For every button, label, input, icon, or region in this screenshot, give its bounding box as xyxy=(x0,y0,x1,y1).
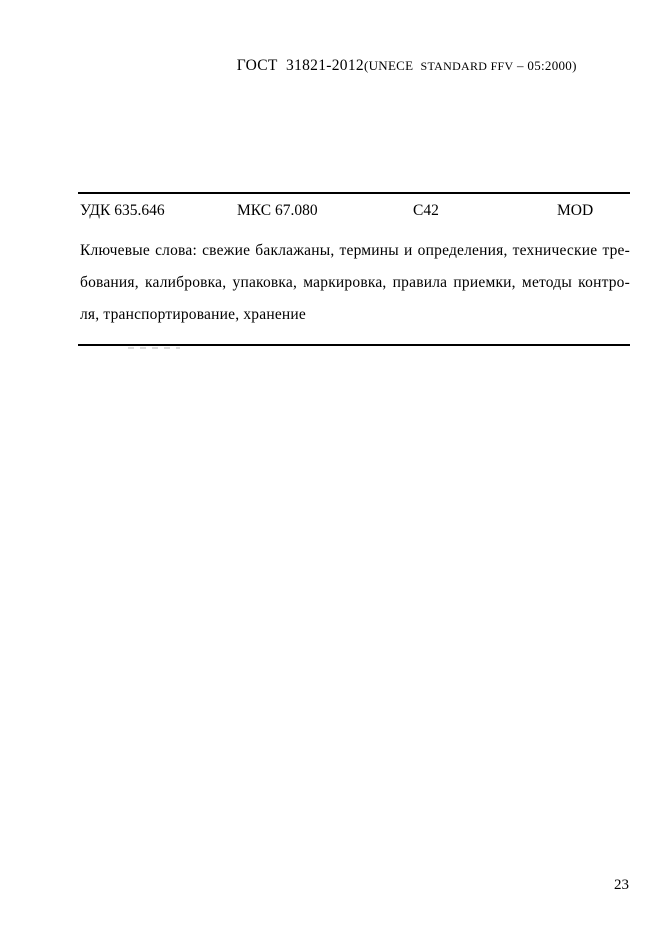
classification-row: УДК 635.646 МКС 67.080 С42 MOD xyxy=(0,202,661,222)
keywords-paragraph: Ключевые слова: свежие баклажаны, термин… xyxy=(80,235,630,331)
adoption-code: MOD xyxy=(557,202,593,220)
page-number: 23 xyxy=(614,876,629,894)
class-code: С42 xyxy=(413,202,439,220)
horizontal-rule-bottom xyxy=(78,344,630,346)
standard-code: ГОСТ 31821-2012 xyxy=(237,57,364,74)
udk-code: УДК 635.646 xyxy=(80,202,165,220)
keywords-line-1: Ключевые слова: свежие баклажаны, термин… xyxy=(80,235,630,267)
document-page: ГОСТ 31821-2012(UNECE STANDARD FFV – 05:… xyxy=(0,0,661,936)
scan-artifact xyxy=(128,347,180,349)
mks-code: МКС 67.080 xyxy=(237,202,318,220)
standard-suffix-close: – 05:2000) xyxy=(514,58,577,73)
keywords-line-2: бования, калибровка, упаковка, маркировк… xyxy=(80,267,630,299)
horizontal-rule-top xyxy=(78,192,630,194)
keywords-line-3: ля, транспортирование, хранение xyxy=(80,299,630,331)
standard-suffix-standard: STANDARD FFV xyxy=(421,59,514,73)
standard-suffix-open: (UNECE xyxy=(364,58,421,73)
document-title: ГОСТ 31821-2012(UNECE STANDARD FFV – 05:… xyxy=(220,37,577,95)
